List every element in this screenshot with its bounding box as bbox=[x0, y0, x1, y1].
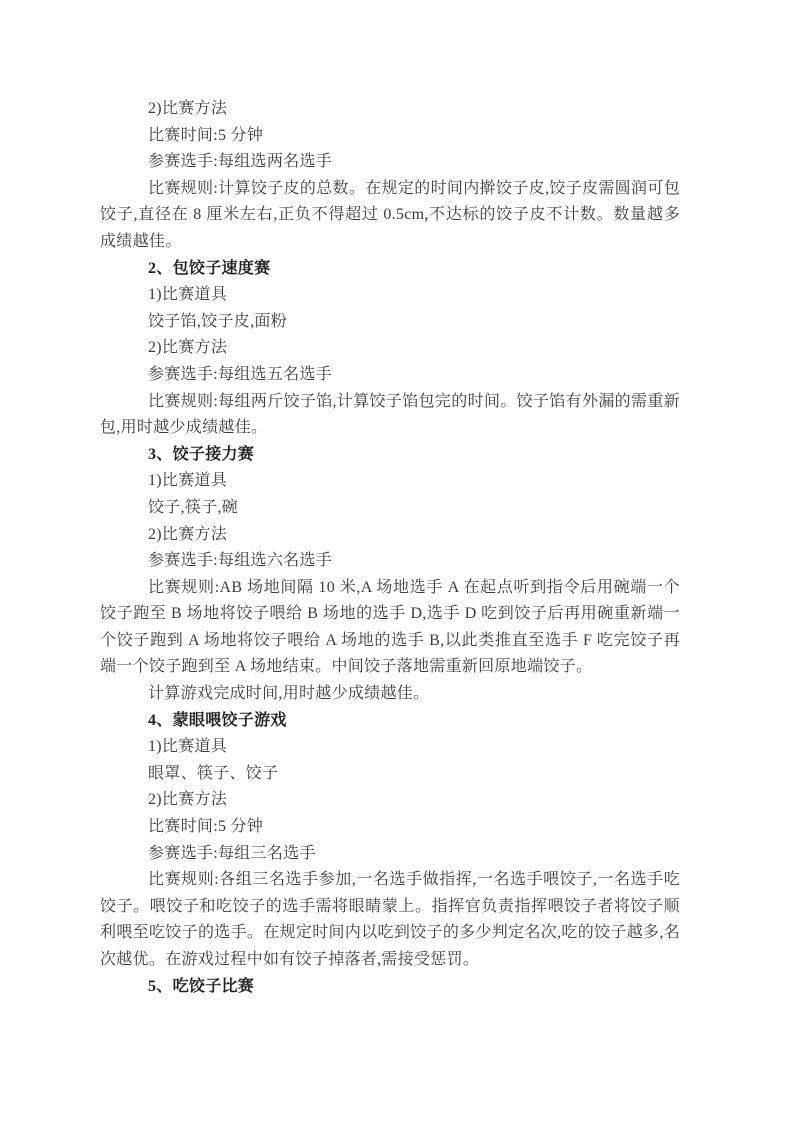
document-body: 2)比赛方法比赛时间:5 分钟参赛选手:每组选两名选手比赛规则:计算饺子皮的总数… bbox=[100, 96, 680, 1000]
paragraph: 比赛时间:5 分钟 bbox=[100, 123, 680, 150]
paragraph: 比赛规则:每组两斤饺子馅,计算饺子馅包完的时间。饺子馅有外漏的需重新包,用时越少… bbox=[100, 389, 680, 442]
paragraph: 比赛规则:AB 场地间隔 10 米,A 场地选手 A 在起点听到指令后用碗端一个… bbox=[100, 575, 680, 681]
document-page: 2)比赛方法比赛时间:5 分钟参赛选手:每组选两名选手比赛规则:计算饺子皮的总数… bbox=[0, 0, 793, 1122]
paragraph: 2)比赛方法 bbox=[100, 335, 680, 362]
section-heading: 4、蒙眼喂饺子游戏 bbox=[100, 708, 680, 735]
section-heading: 5、吃饺子比赛 bbox=[100, 974, 680, 1001]
paragraph: 比赛规则:计算饺子皮的总数。在规定的时间内擀饺子皮,饺子皮需圆润可包饺子,直径在… bbox=[100, 176, 680, 256]
paragraph: 比赛时间:5 分钟 bbox=[100, 814, 680, 841]
paragraph: 饺子馅,饺子皮,面粉 bbox=[100, 309, 680, 336]
section-heading: 2、包饺子速度赛 bbox=[100, 256, 680, 283]
paragraph: 2)比赛方法 bbox=[100, 522, 680, 549]
paragraph: 计算游戏完成时间,用时越少成绩越佳。 bbox=[100, 681, 680, 708]
paragraph: 饺子,筷子,碗 bbox=[100, 495, 680, 522]
paragraph: 参赛选手:每组选两名选手 bbox=[100, 149, 680, 176]
paragraph: 1)比赛道具 bbox=[100, 468, 680, 495]
paragraph: 参赛选手:每组选六名选手 bbox=[100, 548, 680, 575]
paragraph: 2)比赛方法 bbox=[100, 787, 680, 814]
paragraph: 参赛选手:每组三名选手 bbox=[100, 841, 680, 868]
paragraph: 参赛选手:每组选五名选手 bbox=[100, 362, 680, 389]
paragraph: 1)比赛道具 bbox=[100, 282, 680, 309]
paragraph: 1)比赛道具 bbox=[100, 734, 680, 761]
section-heading: 3、饺子接力赛 bbox=[100, 442, 680, 469]
paragraph: 2)比赛方法 bbox=[100, 96, 680, 123]
paragraph: 眼罩、筷子、饺子 bbox=[100, 761, 680, 788]
paragraph: 比赛规则:各组三名选手参加,一名选手做指挥,一名选手喂饺子,一名选手吃饺子。喂饺… bbox=[100, 867, 680, 973]
